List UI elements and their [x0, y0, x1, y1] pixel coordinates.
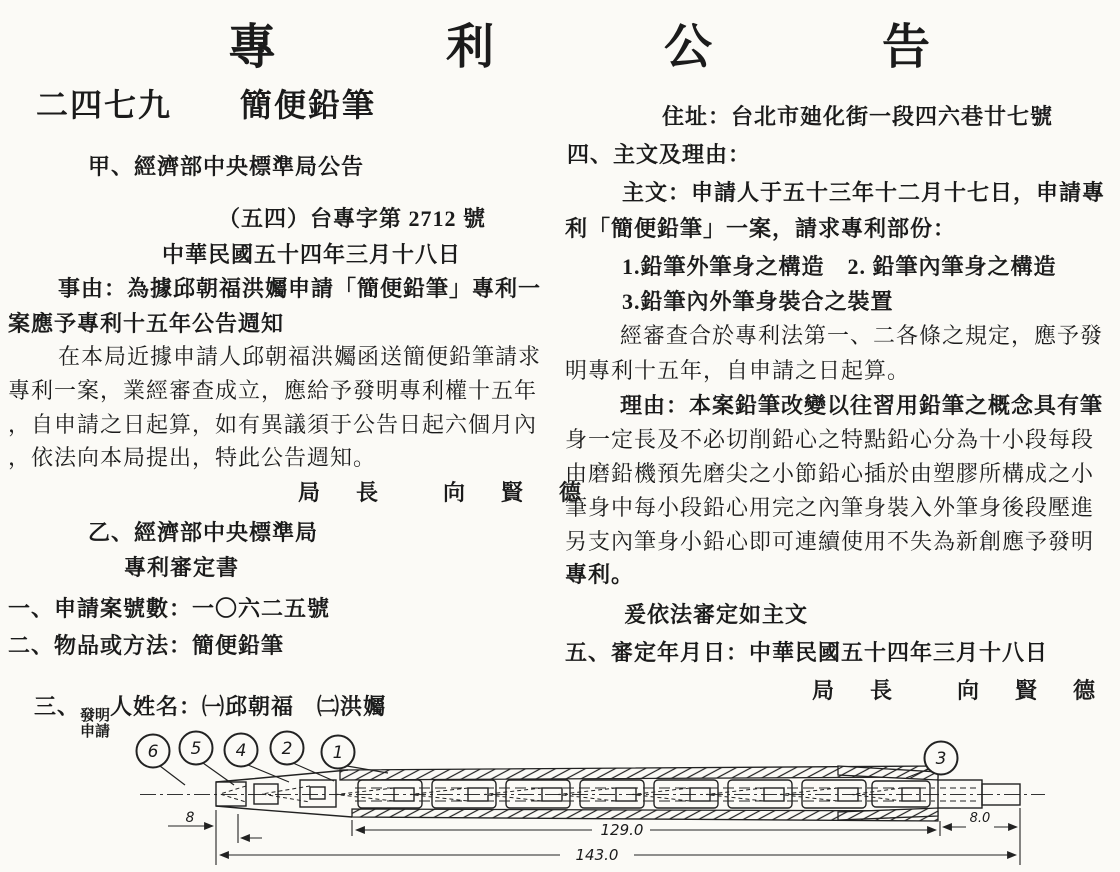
title-char: 專 — [228, 8, 276, 77]
section-b-title: 乙、經濟部中央標準局 — [88, 518, 318, 548]
item-4-heading: 四、主文及理由： — [567, 140, 751, 170]
reason-line-1: 理由：本案鉛筆改變以往習用鉛筆之概念具有筆 — [620, 391, 1103, 421]
review-line-2: 明專利十五年，自申請之日起算。 — [565, 356, 910, 386]
item-2-article: 二、物品或方法：簡便鉛筆 — [8, 631, 284, 661]
main-text-line-2: 利「簡便鉛筆」一案，請求專利部份： — [565, 214, 956, 244]
page-title: 專 利 公 告 — [228, 8, 930, 70]
announcement-number: （五四）台專字第 2712 號 — [218, 204, 486, 234]
verdict-line: 爰依法審定如主文 — [624, 600, 808, 630]
dim-inner-length-label: 129.0 — [601, 821, 644, 839]
applicant-address: 住址：台北市廸化街一段四六巷廿七號 — [662, 102, 1053, 132]
subject-line-2: 案應予專利十五年公告週知 — [8, 309, 284, 339]
claim-line-1: 1.鉛筆外筆身之構造 2. 鉛筆內筆身之構造 — [622, 252, 1057, 282]
pencil-cross-section-drawing: 6 5 4 2 1 3 — [0, 722, 1120, 872]
svg-text:1: 1 — [333, 743, 344, 763]
front-cone-tip — [216, 770, 352, 817]
reason-line-4: 筆身中每小段鉛心用完之內筆身裝入外筆身後段壓進 — [565, 493, 1094, 523]
director-signature-b: 局 長 向 賢 德 — [812, 676, 1102, 706]
svg-text:6: 6 — [148, 742, 159, 762]
svg-text:4: 4 — [236, 741, 247, 761]
svg-text:5: 5 — [191, 739, 202, 759]
dim-cap-label: 8.0 — [970, 811, 991, 826]
reason-line-2: 身一定長及不必切削鉛心之特點鉛心分為十小段每段 — [565, 425, 1094, 455]
main-text-line-1: 主文：申請人于五十三年十二月十七日，申請專 — [622, 178, 1105, 208]
svg-text:2: 2 — [282, 739, 293, 759]
dim-tip-label: 8 — [186, 810, 195, 826]
dim-total-length-label: 143.0 — [576, 846, 619, 864]
section-a-title: 甲、經濟部中央標準局公告 — [88, 152, 364, 182]
reason-line-6: 專利。 — [565, 560, 634, 590]
body-line-3: ，自申請之日起算，如有異議須于公告日起六個月內 — [8, 410, 537, 440]
claim-line-2: 3.鉛筆內外筆身裝合之裝置 — [622, 287, 894, 317]
callout-6: 6 — [137, 735, 170, 768]
reason-line-3: 由磨鉛機預先磨尖之小節鉛心插於由塑膠所構成之小 — [565, 459, 1094, 489]
director-signature-a: 局 長 向 賢 德 — [298, 478, 588, 508]
announcement-date: 中華民國五十四年三月十八日 — [162, 240, 461, 270]
subject-line-1: 事由：為據邱朝福洪孎申請「簡便鉛筆」專利一 — [58, 274, 541, 304]
item-3-names: 人姓名：㈠邱朝福 ㈡洪孎 — [110, 694, 386, 719]
title-char: 公 — [664, 8, 712, 77]
item-5-decision-date: 五、審定年月日：中華民國五十四年三月十八日 — [565, 638, 1048, 668]
title-char: 告 — [882, 8, 930, 77]
review-line-1: 經審查合於專利法第一、二各條之規定，應予發 — [620, 321, 1103, 351]
callout-2: 2 — [271, 732, 304, 765]
patent-gazette-page: 專 利 公 告 二四七九 簡便鉛筆 甲、經濟部中央標準局公告 （五四）台專字第 … — [0, 0, 1120, 872]
callout-4: 4 — [225, 734, 258, 767]
body-line-4: ，依法向本局提出，特此公告週知。 — [8, 443, 376, 473]
case-heading: 二四七九 簡便鉛筆 — [36, 90, 376, 120]
title-char: 利 — [446, 8, 494, 77]
body-line-1: 在本局近據申請人邱朝福洪孎函送簡便鉛筆請求 — [58, 342, 541, 372]
svg-text:3: 3 — [936, 749, 947, 769]
callout-5: 5 — [180, 732, 213, 765]
item-3-number: 三、 — [34, 694, 80, 719]
body-line-2: 專利一案，業經審查成立，應給予發明專利權十五年 — [8, 376, 537, 406]
item-1-case-number: 一、申請案號數：一〇六二五號 — [8, 594, 330, 624]
section-b-subtitle: 專利審定書 — [124, 553, 239, 583]
callout-3: 3 — [925, 742, 958, 775]
reason-line-5: 另支內筆身小鉛心即可連續使用不失為新創應予發明 — [565, 527, 1094, 557]
callout-1: 1 — [322, 736, 355, 769]
